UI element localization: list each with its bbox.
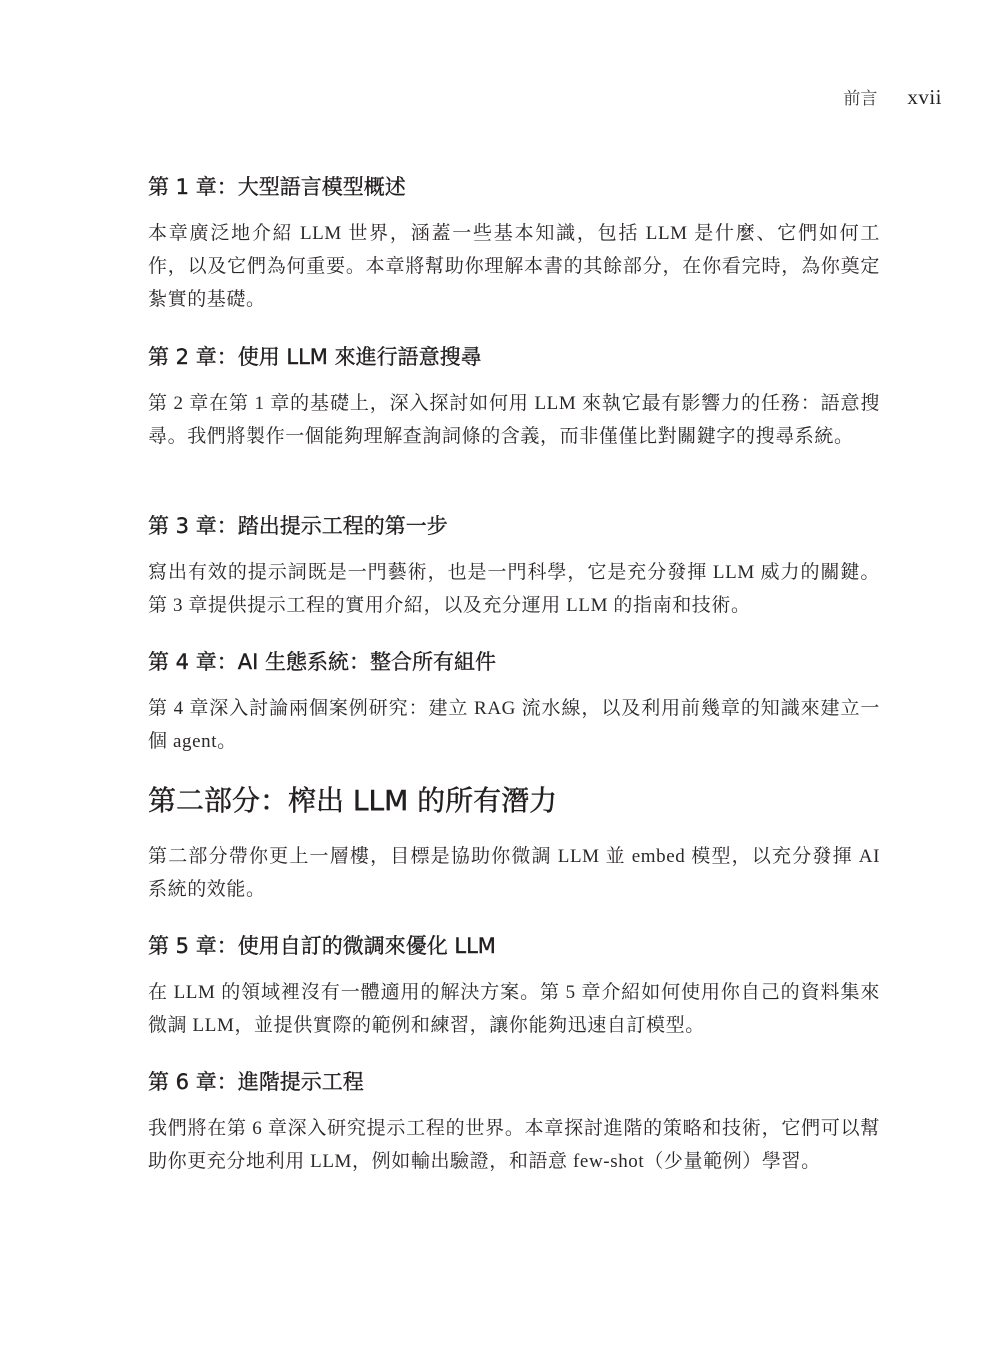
- chapter-6-heading: 第 6 章：進階提示工程: [148, 1068, 880, 1096]
- chapter-1-section: 第 1 章：大型語言模型概述 本章廣泛地介紹 LLM 世界，涵蓋一些基本知識，包…: [148, 173, 880, 316]
- chapter-5-description: 在 LLM 的領域裡沒有一體適用的解決方案。第 5 章介紹如何使用你自己的資料集…: [148, 976, 880, 1042]
- chapter-2-description: 第 2 章在第 1 章的基礎上，深入探討如何用 LLM 來執它最有影響力的任務：…: [148, 387, 880, 453]
- running-head: 前言 xvii: [843, 84, 942, 110]
- chapter-4-heading: 第 4 章：AI 生態系統：整合所有組件: [148, 648, 880, 676]
- chapter-3-description: 寫出有效的提示詞既是一門藝術，也是一門科學，它是充分發揮 LLM 威力的關鍵。第…: [148, 556, 880, 622]
- part-2-section: 第二部分：榨出 LLM 的所有潛力 第二部分帶你更上一層樓，目標是協助你微調 L…: [148, 783, 880, 906]
- chapter-3-section: 第 3 章：踏出提示工程的第一步 寫出有效的提示詞既是一門藝術，也是一門科學，它…: [148, 512, 880, 622]
- chapter-4-description: 第 4 章深入討論兩個案例研究：建立 RAG 流水線，以及利用前幾章的知識來建立…: [148, 692, 880, 758]
- chapter-2-section: 第 2 章：使用 LLM 來進行語意搜尋 第 2 章在第 1 章的基礎上，深入探…: [148, 343, 880, 453]
- part-2-description: 第二部分帶你更上一層樓，目標是協助你微調 LLM 並 embed 模型，以充分發…: [148, 840, 880, 906]
- chapter-6-section: 第 6 章：進階提示工程 我們將在第 6 章深入研究提示工程的世界。本章探討進階…: [148, 1068, 880, 1178]
- chapter-4-section: 第 4 章：AI 生態系統：整合所有組件 第 4 章深入討論兩個案例研究：建立 …: [148, 648, 880, 758]
- chapter-1-description: 本章廣泛地介紹 LLM 世界，涵蓋一些基本知識，包括 LLM 是什麼、它們如何工…: [148, 217, 880, 316]
- chapter-3-heading: 第 3 章：踏出提示工程的第一步: [148, 512, 880, 540]
- chapter-6-description: 我們將在第 6 章深入研究提示工程的世界。本章探討進階的策略和技術，它們可以幫助…: [148, 1112, 880, 1178]
- chapter-1-heading: 第 1 章：大型語言模型概述: [148, 173, 880, 201]
- running-head-section: 前言: [843, 84, 877, 109]
- chapter-2-heading: 第 2 章：使用 LLM 來進行語意搜尋: [148, 343, 880, 371]
- part-2-heading: 第二部分：榨出 LLM 的所有潛力: [148, 783, 880, 819]
- chapter-5-heading: 第 5 章：使用自訂的微調來優化 LLM: [148, 932, 880, 960]
- chapter-5-section: 第 5 章：使用自訂的微調來優化 LLM 在 LLM 的領域裡沒有一體適用的解決…: [148, 932, 880, 1042]
- page-number: xvii: [907, 85, 942, 110]
